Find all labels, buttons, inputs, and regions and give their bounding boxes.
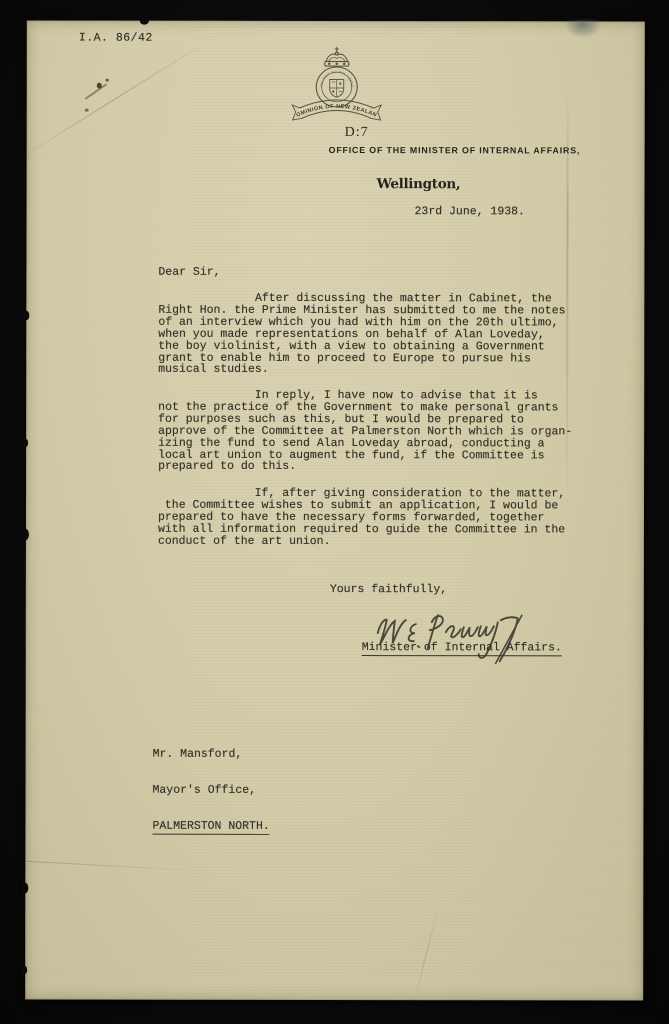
recipient-office: Mayor's Office,	[153, 785, 270, 797]
pen-mark	[85, 83, 107, 99]
svg-text:DOMINION OF NEW ZEALAND: DOMINION OF NEW ZEALAND	[291, 46, 378, 119]
letter-page: I.A. 86/42	[25, 20, 645, 1000]
salutation: Dear Sir,	[158, 267, 220, 279]
edge-nick	[21, 965, 27, 974]
crease-bottomleft	[25, 861, 205, 872]
city-line: Wellington,	[377, 176, 461, 192]
signature-handwriting: W E Parry	[370, 609, 540, 667]
edge-nick	[22, 438, 28, 447]
date-line: 23rd June, 1938.	[415, 206, 525, 218]
ink-speck	[106, 79, 109, 82]
coat-of-arms-icon: HONI SOIT QUI MAL Y PENSE DOMINION OF NE…	[291, 46, 383, 128]
crease-bottom	[412, 903, 440, 1010]
closing-line: Yours faithfully,	[330, 584, 447, 596]
edge-nick	[22, 310, 29, 320]
ink-speck	[85, 109, 89, 112]
signature-title-text: Minister of Internal Affairs.	[362, 641, 562, 656]
paper-nick-top	[140, 18, 149, 25]
ink-smudge-top	[566, 19, 600, 37]
signature-title: Minister of Internal Affairs.	[362, 642, 562, 654]
crease-topleft	[14, 40, 210, 162]
scan-background: I.A. 86/42	[0, 0, 669, 1024]
edge-nick	[21, 882, 28, 893]
body-paragraph-3: If, after giving consideration to the ma…	[158, 488, 565, 548]
recipient-city-text: PALMERSTON NORTH.	[152, 821, 269, 835]
body-paragraph-1: After discussing the matter in Cabinet, …	[158, 293, 565, 377]
edge-nick	[21, 528, 29, 540]
body-paragraph-2: In reply, I have now to advise that it i…	[158, 390, 572, 474]
ink-blot	[97, 83, 102, 89]
recipient-city: PALMERSTON NORTH.	[152, 821, 269, 835]
recipient-name: Mr. Mansford,	[153, 748, 270, 760]
file-reference: I.A. 86/42	[79, 33, 153, 45]
form-code: D:7	[345, 125, 369, 141]
crest-banner-text: DOMINION OF NEW ZEALAND	[291, 46, 378, 119]
recipient-address: Mr. Mansford, Mayor's Office, PALMERSTON…	[152, 725, 270, 859]
office-heading: OFFICE OF THE MINISTER OF INTERNAL AFFAI…	[329, 145, 581, 155]
